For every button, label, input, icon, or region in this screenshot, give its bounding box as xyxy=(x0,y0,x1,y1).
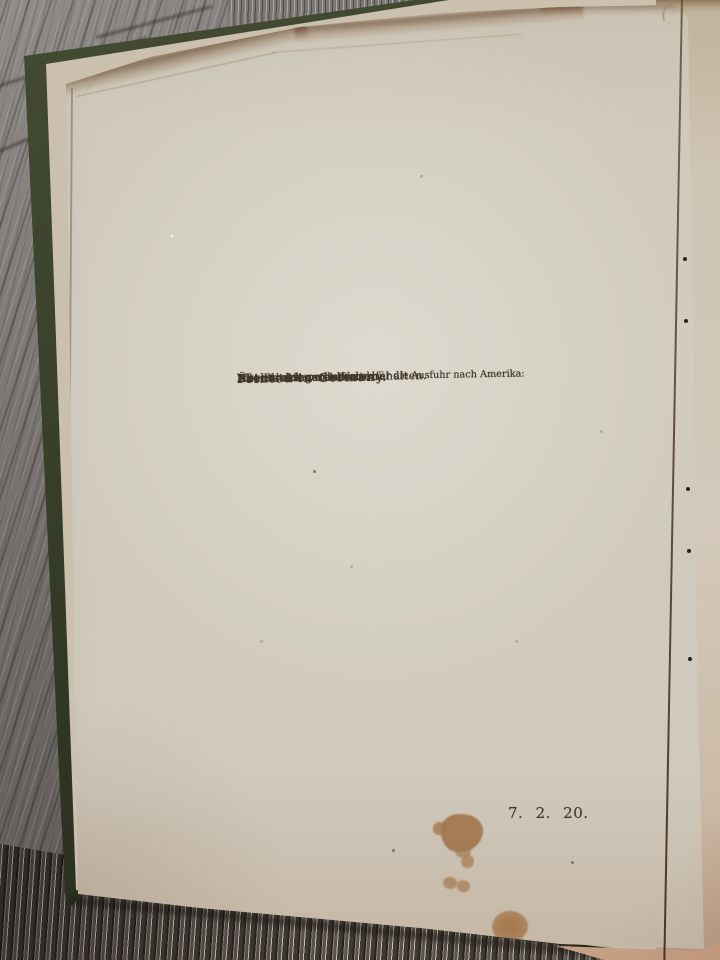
paper-speck xyxy=(350,565,353,568)
gutter-speck xyxy=(684,319,688,323)
paper-speck xyxy=(260,640,263,643)
foxing-stain-small xyxy=(457,880,470,892)
book-page: Nachdruck verboten. Alle Rechte vorbehal… xyxy=(0,0,720,960)
gutter-speck xyxy=(683,257,687,261)
date-stamp: 7. 2. 20. xyxy=(508,804,618,822)
paper-speck xyxy=(420,175,423,178)
gutter-speck xyxy=(687,549,691,553)
gutter-speck xyxy=(686,487,690,491)
paper-speck xyxy=(392,849,395,852)
imprint-line-printed-in-germany: Printed in Germany. xyxy=(237,370,388,387)
gutter-speck xyxy=(688,657,692,661)
foxing-stain-small xyxy=(461,855,474,868)
paper-speck xyxy=(313,470,316,473)
paper-speck xyxy=(600,430,603,433)
foxing-stain-small xyxy=(443,877,457,889)
imprint-notice-box: Nachdruck verboten. Alle Rechte vorbehal… xyxy=(237,362,507,366)
paper-speck xyxy=(571,861,574,864)
dust-sparkle xyxy=(170,234,174,238)
photo-of-book-on-table: Nachdruck verboten. Alle Rechte vorbehal… xyxy=(0,0,720,960)
paper-speck xyxy=(515,640,518,643)
